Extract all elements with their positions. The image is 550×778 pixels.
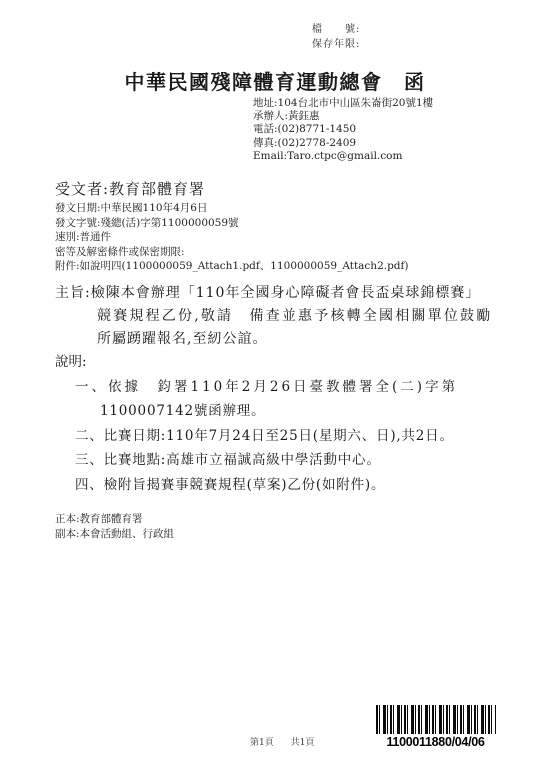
secrecy-level: 密等及解密條件或保密期限: bbox=[55, 245, 409, 260]
cc-recipients: 副本:本會活動組、行政組 bbox=[55, 527, 174, 542]
barcode-text: 1100011880/04/06 bbox=[374, 735, 497, 749]
barcode-block: 1100011880/04/06 bbox=[374, 705, 497, 749]
issue-date: 發文日期:中華民國110年4月6日 bbox=[55, 201, 409, 216]
explanation-item-3: 三、比賽地點:高雄市立福誠高級中學活動中心。 bbox=[55, 448, 458, 473]
document-number: 發文字號:殘總(活)字第1100000059號 bbox=[55, 216, 409, 231]
copies-block: 正本:教育部體育署 副本:本會活動組、行政組 bbox=[55, 512, 174, 541]
explanation-block: 說明: 一、依據 鈞署110年2月26日臺教體署全(二)字第 110000714… bbox=[55, 350, 458, 497]
subject-line-1: 主旨:檢陳本會辦理「110年全國身心障礙者會長盃桌球錦標賽」 bbox=[55, 282, 492, 305]
delivery-speed: 速別:普通件 bbox=[55, 230, 409, 245]
page-info: 第1頁 共1頁 bbox=[250, 735, 328, 748]
file-number-block: 檔 號: 保存年限: bbox=[312, 22, 360, 52]
original-recipient: 正本:教育部體育署 bbox=[55, 512, 174, 527]
phone-number: 電話:(02)8771-1450 bbox=[253, 123, 433, 136]
explanation-item-4: 四、檢附旨揭賽事競賽規程(草案)乙份(如附件)。 bbox=[55, 473, 458, 498]
file-number-label: 檔 號: bbox=[312, 22, 360, 37]
document-page: { "document": { "file_label": "檔 號:", "r… bbox=[0, 0, 550, 778]
subject-line-2: 競賽規程乙份,敬請 備查並惠予核轉全國相關單位鼓勵 bbox=[55, 305, 492, 328]
document-title: 中華民國殘障體育運動總會 函 bbox=[0, 66, 550, 95]
subject-block: 主旨:檢陳本會辦理「110年全國身心障礙者會長盃桌球錦標賽」 競賽規程乙份,敬請… bbox=[55, 282, 492, 351]
explanation-item-1-continued: 1100007142號函辦理。 bbox=[55, 399, 458, 424]
subject-line-3: 所屬踴躍報名,至紉公誼。 bbox=[55, 328, 492, 351]
explanation-item-2: 二、比賽日期:110年7月24日至25日(星期六、日),共2日。 bbox=[55, 424, 458, 449]
fax-number: 傳真:(02)2778-2409 bbox=[253, 137, 433, 150]
meta-block: 發文日期:中華民國110年4月6日 發文字號:殘總(活)字第1100000059… bbox=[55, 201, 409, 274]
recipient-line: 受文者:教育部體育署 bbox=[55, 178, 205, 199]
current-page: 第1頁 bbox=[250, 738, 274, 748]
email-address: Email:Taro.ctpc@gmail.com bbox=[253, 150, 433, 163]
sender-contact-block: 地址:104台北市中山區朱崙街20號1樓 承辦人:黃鈺惠 電話:(02)8771… bbox=[253, 97, 433, 163]
explanation-item-1: 一、依據 鈞署110年2月26日臺教體署全(二)字第 bbox=[55, 375, 458, 400]
total-pages: 共1頁 bbox=[291, 738, 315, 748]
attachment-line: 附件:如說明四(1100000059_Attach1.pdf、110000005… bbox=[55, 259, 409, 274]
retention-period-label: 保存年限: bbox=[312, 37, 360, 52]
barcode-image bbox=[376, 705, 496, 734]
explanation-heading: 說明: bbox=[55, 350, 458, 375]
contact-person: 承辦人:黃鈺惠 bbox=[253, 110, 433, 123]
sender-address: 地址:104台北市中山區朱崙街20號1樓 bbox=[253, 97, 433, 110]
